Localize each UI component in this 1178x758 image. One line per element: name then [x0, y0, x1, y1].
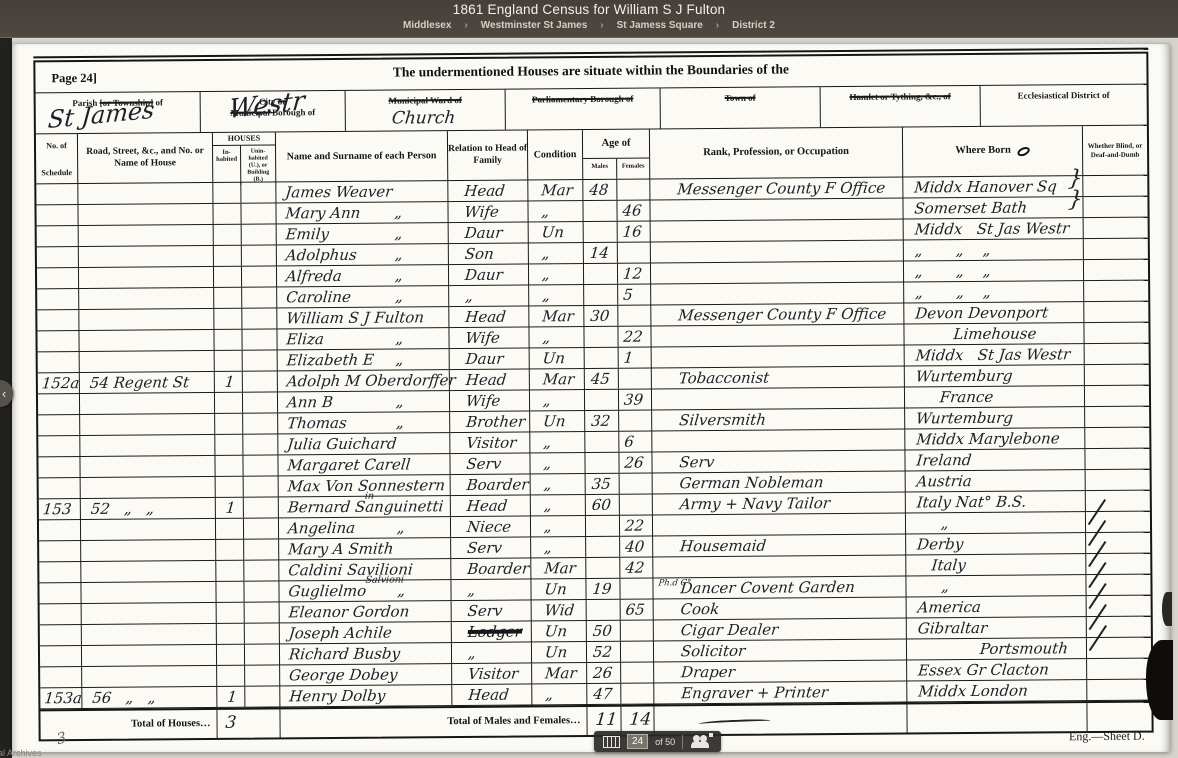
cell-blind-deaf [1087, 617, 1151, 638]
cell-road [78, 204, 213, 225]
cell-blind-deaf [1085, 386, 1149, 407]
cell-blind-deaf [1083, 197, 1147, 218]
cell-road [79, 309, 214, 330]
cell-blind-deaf [1083, 176, 1147, 197]
cell-age-male: 19 [586, 579, 620, 599]
cell-age-male [585, 432, 619, 452]
cell-uninhabited [244, 476, 279, 496]
cell-schedule [38, 352, 80, 372]
town-label: Town of [661, 92, 820, 104]
cell-name: Ann B„ [278, 391, 450, 412]
cell-inhabited [215, 456, 243, 476]
cell-name: Elizabeth E„ [278, 349, 450, 370]
cell-relation: Boarder [451, 558, 531, 579]
chevron-right-icon: › [464, 20, 467, 31]
cell-name: Eleanor Gordon [280, 601, 452, 622]
cell-uninhabited [245, 623, 280, 643]
cell-age-female: 5 [618, 285, 651, 305]
cell-uninhabited [243, 434, 278, 454]
col-females: Females [617, 159, 649, 179]
cell-condition: „ [531, 516, 586, 536]
cell-occupation: Messenger County F Office [650, 178, 903, 200]
cell-occupation [651, 241, 904, 263]
ecclesiastical-district-box: Ecclesiastical District of [981, 85, 1147, 126]
cell-blind-deaf [1086, 533, 1150, 554]
cell-occupation [653, 514, 906, 536]
cell-road [81, 561, 216, 582]
sheet-label: Eng.—Sheet D. [1069, 729, 1145, 745]
cell-occupation: Cigar Dealer [654, 619, 907, 641]
cell-uninhabited [244, 581, 279, 601]
cell-age-male [584, 222, 618, 242]
cell-where-born: Middx St Jas Westr [904, 218, 1084, 239]
cell-occupation: Draper [654, 661, 907, 683]
col-name: Name and Surname of each Person [276, 131, 448, 181]
cell-where-born: Somerset Bath} [903, 197, 1083, 218]
cell-uninhabited [242, 287, 277, 307]
cell-blind-deaf [1084, 302, 1148, 323]
cell-age-female: 22 [618, 327, 651, 347]
cell-blind-deaf [1086, 575, 1150, 596]
cell-condition: „ [529, 285, 584, 305]
pager-divider [682, 735, 683, 749]
cell-schedule [37, 247, 79, 267]
cell-age-male [583, 201, 617, 221]
page-number-label: Page 24] [51, 71, 97, 86]
cell-road [80, 351, 215, 372]
cell-relation: Serv [451, 537, 531, 558]
cell-where-born: „ [906, 512, 1086, 533]
cell-where-born: „ „ „ [904, 260, 1084, 281]
cell-condition: Mar [528, 180, 583, 200]
cell-relation: Son [449, 243, 529, 264]
cell-where-born: Portsmouth [907, 638, 1087, 659]
cell-age-female [619, 411, 652, 431]
col-condition: Condition [528, 130, 583, 179]
scan-artifact [1146, 640, 1173, 720]
cell-relation: Niece [451, 516, 531, 537]
cell-uninhabited [242, 266, 277, 286]
cell-age-female [620, 579, 653, 599]
cell-name: Emily„ [277, 223, 449, 244]
table-header: No. ofSchedule Road, Street, &c., and No… [36, 126, 1147, 185]
parish-value-handwriting: St James [47, 100, 155, 130]
total-houses-value-cell: 3 [217, 709, 280, 737]
cell-inhabited [216, 540, 244, 560]
cell-schedule: 152a [38, 373, 80, 393]
cell-age-female [618, 306, 651, 326]
municipal-ward-label: Municipal Ward of [346, 95, 505, 107]
cell-name: Eliza„ [277, 328, 449, 349]
filmstrip-icon [603, 736, 620, 748]
cell-uninhabited [243, 455, 278, 475]
cell-condition: Un [532, 621, 587, 641]
archive-watermark: al Archives [0, 748, 42, 758]
cell-age-female [619, 369, 652, 389]
cell-occupation [650, 199, 903, 221]
cell-where-born: Wurtemburg [905, 365, 1085, 386]
cell-road: 56 „ „ [82, 687, 217, 708]
cell-occupation [651, 325, 904, 347]
scan-artifact [1162, 592, 1172, 626]
cell-age-male [585, 348, 619, 368]
cell-where-born: Middx London [907, 680, 1087, 701]
hamlet-label: Hamlet or Tything, &c., of [821, 91, 980, 103]
cell-name: Julia Guichard [278, 433, 450, 454]
cell-age-male [584, 264, 618, 284]
cell-condition: „ [531, 474, 586, 494]
cell-road [81, 540, 216, 561]
cell-inhabited [213, 204, 241, 224]
cell-inhabited [216, 582, 244, 602]
cell-schedule [37, 268, 79, 288]
cell-where-born: Essex Gr Clacton [907, 659, 1087, 680]
cell-age-female [620, 495, 653, 515]
breadcrumb: Middlesex › Westminster St James › St Ja… [0, 20, 1178, 31]
cell-relation: Head [448, 180, 528, 201]
cell-uninhabited [243, 392, 278, 412]
cell-road [79, 246, 214, 267]
cell-relation: Visitor [450, 432, 530, 453]
chevron-right-icon: › [600, 20, 603, 31]
cell-age-male [587, 600, 621, 620]
cell-schedule: 153a [40, 688, 82, 708]
cell-blind-deaf [1084, 281, 1148, 302]
people-icon [690, 735, 712, 749]
cell-relation: Head [452, 684, 532, 705]
cell-inhabited [214, 267, 242, 287]
cell-age-male: 60 [586, 495, 620, 515]
cell-occupation [652, 430, 905, 452]
ink-blot [1016, 145, 1031, 158]
breadcrumb-item-ward[interactable]: St Jamess Square [617, 20, 703, 31]
cell-inhabited [217, 645, 245, 665]
parliamentary-borough-label: Parliamentary Borough of [506, 93, 660, 105]
cell-age-male: 32 [585, 411, 619, 431]
cell-where-born: America [907, 596, 1087, 617]
cell-blind-deaf [1086, 491, 1150, 512]
cell-inhabited [217, 666, 245, 686]
cell-occupation [651, 283, 904, 305]
record-image-viewer: 1861 England Census for William S J Fult… [0, 0, 1178, 758]
cell-road [80, 435, 215, 456]
chevron-right-icon: › [716, 20, 719, 31]
filmstrip-button[interactable] [603, 736, 620, 748]
cell-uninhabited [244, 518, 279, 538]
cell-age-female: 16 [618, 222, 651, 242]
census-rows: James Weaver Head Mar 48 Messenger Count… [36, 176, 1151, 710]
page-title: 1861 England Census for William S J Fult… [0, 0, 1178, 17]
cell-age-female: 22 [620, 516, 653, 536]
municipal-ward-value-handwriting: Church [391, 108, 456, 129]
cell-uninhabited [242, 224, 277, 244]
cell-where-born: „ „ „ [904, 281, 1084, 302]
cell-relation: Serv [452, 600, 532, 621]
cell-blind-deaf [1086, 554, 1150, 575]
cell-blind-deaf [1085, 428, 1149, 449]
viewer-header: 1861 England Census for William S J Fult… [0, 0, 1178, 38]
cell-age-female [621, 663, 654, 683]
cell-occupation: Army + Navy Tailor [653, 493, 906, 515]
cell-where-born: France [905, 386, 1085, 407]
col-where-born: Where Born [903, 126, 1083, 176]
cell-inhabited [215, 393, 243, 413]
cell-age-female [620, 474, 653, 494]
cell-schedule [39, 541, 81, 561]
breadcrumb-item-district[interactable]: District 2 [732, 20, 775, 31]
image-pager: 24 of 50 [594, 731, 721, 752]
cell-age-male: 48 [583, 180, 617, 200]
cell-age-male [584, 285, 618, 305]
cell-inhabited [213, 183, 241, 203]
cell-schedule: 153 [39, 499, 81, 519]
municipal-ward-box: Municipal Ward of Church [346, 90, 506, 131]
cell-relation: Daur [449, 264, 529, 285]
cell-road [82, 624, 217, 645]
cell-inhabited [214, 288, 242, 308]
cell-occupation: German Nobleman [653, 472, 906, 494]
cell-name: Angelina„ [279, 517, 451, 538]
cell-condition: „ [531, 537, 586, 557]
cell-where-born: Wurtemburg [905, 407, 1085, 428]
cell-age-female: 12 [618, 264, 651, 284]
cell-condition: „ [529, 327, 584, 347]
cell-occupation [652, 388, 905, 410]
total-mf-label-cell: Total of Males and Females… [280, 707, 587, 737]
cell-schedule [40, 667, 82, 687]
cell-road [80, 393, 215, 414]
cell-road [81, 477, 216, 498]
cell-name: Adolph M Oberdorffer [278, 370, 450, 391]
cell-age-female: 42 [620, 558, 653, 578]
cell-relation: Lodger [452, 621, 532, 642]
cell-uninhabited [242, 329, 277, 349]
cell-schedule [39, 583, 81, 603]
cell-blind-deaf [1085, 344, 1149, 365]
parliamentary-borough-box: Parliamentary Borough of [506, 88, 661, 129]
col-relation: Relation to Head of Family [448, 130, 528, 180]
cell-age-female [621, 642, 654, 662]
page-number-input[interactable]: 24 [627, 734, 648, 749]
cell-blind-deaf [1086, 470, 1150, 491]
city-borough-value-handwriting: Westr [228, 91, 306, 120]
cell-inhabited: 1 [217, 687, 245, 707]
cell-age-female: 1 [619, 348, 652, 368]
cell-blind-deaf [1085, 449, 1149, 470]
cell-schedule [38, 415, 80, 435]
cell-age-male [585, 453, 619, 473]
cell-relation: „ [449, 285, 529, 306]
cell-age-male: 35 [586, 474, 620, 494]
people-index-button[interactable] [690, 735, 712, 749]
cell-where-born: Devon Devonport [904, 302, 1084, 323]
col-houses: HOUSES In-habited Unin-habited (U.), or … [213, 132, 276, 181]
cell-condition: „ [530, 390, 585, 410]
cell-condition: „ [528, 201, 583, 221]
cell-occupation: Tobacconist [652, 367, 905, 389]
cell-road [79, 288, 214, 309]
cell-blind-deaf [1084, 323, 1148, 344]
cell-age-male: 50 [587, 621, 621, 641]
cell-uninhabited [245, 686, 280, 706]
cell-where-born: Austria [906, 470, 1086, 491]
cell-condition: „ [531, 495, 586, 515]
cell-uninhabited [242, 308, 277, 328]
hamlet-box: Hamlet or Tything, &c., of [821, 86, 981, 127]
cell-uninhabited [243, 413, 278, 433]
cell-blind-deaf [1085, 365, 1149, 386]
cell-inhabited [216, 561, 244, 581]
cell-schedule [38, 394, 80, 414]
cell-road [81, 582, 216, 603]
cell-where-born: Italy Nat° B.S. [906, 491, 1086, 512]
cell-age-male [586, 516, 620, 536]
cell-relation: Daur [450, 348, 530, 369]
cell-where-born: „ „ „ [904, 239, 1084, 260]
cell-condition: Un [531, 579, 586, 599]
cell-blind-deaf [1087, 659, 1151, 680]
col-males: Males [583, 159, 617, 179]
cell-age-male: 30 [584, 306, 618, 326]
breadcrumb-item-county[interactable]: Middlesex [403, 20, 451, 31]
census-page-scan: Page 24] The undermentioned Houses are s… [12, 44, 1170, 752]
cell-uninhabited [243, 371, 278, 391]
cell-age-female: 65 [621, 600, 654, 620]
cell-age-female: 46 [617, 201, 650, 221]
cell-schedule [39, 520, 81, 540]
cell-blind-deaf [1086, 512, 1150, 533]
total-houses-label-cell: Total of Houses… [40, 710, 217, 739]
cell-schedule [37, 289, 79, 309]
cell-road [79, 267, 214, 288]
cell-age-male [586, 537, 620, 557]
cell-name: Richard Busby [280, 643, 452, 664]
city-borough-box: City or Municipal Borough of Westr [201, 91, 346, 132]
cell-inhabited [214, 330, 242, 350]
cell-schedule [40, 604, 82, 624]
cell-condition: Mar [532, 663, 587, 683]
cell-age-male [586, 558, 620, 578]
cell-blind-deaf [1084, 218, 1148, 239]
cell-age-female [617, 180, 650, 200]
town-box: Town of [661, 87, 821, 128]
cell-where-born: Middx Hanover Sq} [903, 176, 1083, 197]
cell-schedule [38, 436, 80, 456]
cell-name: James Weaver [276, 181, 448, 202]
cell-inhabited [215, 435, 243, 455]
cell-name: Guglielmo„Salvioni [279, 580, 451, 601]
cell-relation: Wife [448, 201, 528, 222]
cell-where-born: „ [906, 575, 1086, 596]
form-heading: The undermentioned Houses are situate wi… [393, 61, 789, 80]
cell-age-male: 26 [587, 663, 621, 683]
cell-relation: Brother [450, 411, 530, 432]
cell-condition: Un [530, 411, 585, 431]
cell-inhabited [215, 351, 243, 371]
cell-age-male: 45 [585, 369, 619, 389]
cell-name: Margaret Carell [278, 454, 450, 475]
cell-road [82, 603, 217, 624]
cell-name: Thomas„ [278, 412, 450, 433]
cell-occupation: Silversmith [652, 409, 905, 431]
cell-inhabited: 1 [215, 372, 243, 392]
cell-blind-deaf [1087, 638, 1151, 659]
cell-name: Henry Dolby [280, 685, 452, 706]
cell-name: Mary A Smith [279, 538, 451, 559]
cell-inhabited [217, 624, 245, 644]
cell-name: George Dobey [280, 664, 452, 685]
cell-blind-deaf [1087, 680, 1151, 701]
cell-blind-deaf [1084, 239, 1148, 260]
cell-where-born: Derby [906, 533, 1086, 554]
cell-condition: Wid [532, 600, 587, 620]
cell-condition: „ [529, 264, 584, 284]
cell-age-female: 39 [619, 390, 652, 410]
cell-where-born: Italy [906, 554, 1086, 575]
cell-relation: „ [452, 642, 532, 663]
cell-schedule [37, 226, 79, 246]
cell-inhabited [216, 519, 244, 539]
cell-where-born: Middx Marylebone [905, 428, 1085, 449]
breadcrumb-item-civil-parish[interactable]: Westminster St James [481, 20, 588, 31]
cell-age-male: 14 [584, 243, 618, 263]
cell-condition: „ [529, 243, 584, 263]
cell-uninhabited [244, 539, 279, 559]
cell-schedule [39, 478, 81, 498]
cell-relation: „ [451, 579, 531, 600]
cell-occupation: Cook [654, 598, 907, 620]
cell-name: Mary Ann„ [276, 202, 448, 223]
cell-uninhabited [244, 560, 279, 580]
col-road: Road, Street, &c., and No. or Name of Ho… [78, 133, 213, 183]
cell-relation: Head [451, 495, 531, 516]
cell-name: Joseph Achile [280, 622, 452, 643]
cell-occupation: Housemaid [653, 535, 906, 557]
cell-age-female: 26 [619, 453, 652, 473]
parish-box: Parish [or Township] of St James [36, 92, 201, 133]
cell-schedule [38, 457, 80, 477]
ecclesiastical-district-label: Ecclesiastical District of [981, 90, 1147, 103]
col-occupation: Rank, Profession, or Occupation [650, 128, 903, 179]
cell-where-born: Limehouse [904, 323, 1084, 344]
cell-occupation [651, 262, 904, 284]
cell-inhabited [214, 309, 242, 329]
cell-age-female [618, 243, 651, 263]
cell-condition: „ [532, 684, 587, 704]
cell-relation: Visitor [452, 663, 532, 684]
cell-uninhabited [245, 644, 280, 664]
cell-road [78, 183, 213, 204]
cell-where-born: Middx St Jas Westr [905, 344, 1085, 365]
cell-blind-deaf [1087, 596, 1151, 617]
cell-road: 52 „ „ [81, 498, 216, 519]
cell-condition: Un [529, 222, 584, 242]
cell-uninhabited [245, 602, 280, 622]
cell-uninhabited [242, 245, 277, 265]
census-form: Page 24] The undermentioned Houses are s… [33, 52, 1153, 742]
cell-name: Bernard Sanguinettiin [279, 496, 451, 517]
cell-age-female: 6 [619, 432, 652, 452]
cell-road: 54 Regent St [80, 372, 215, 393]
cell-uninhabited [243, 350, 278, 370]
cell-age-male [585, 390, 619, 410]
cell-inhabited [214, 225, 242, 245]
totals-born-cell [907, 703, 1087, 732]
cell-condition: „ [530, 432, 585, 452]
cell-uninhabited [241, 182, 276, 202]
cell-name: Adolphus„ [277, 244, 449, 265]
cell-road [79, 225, 214, 246]
